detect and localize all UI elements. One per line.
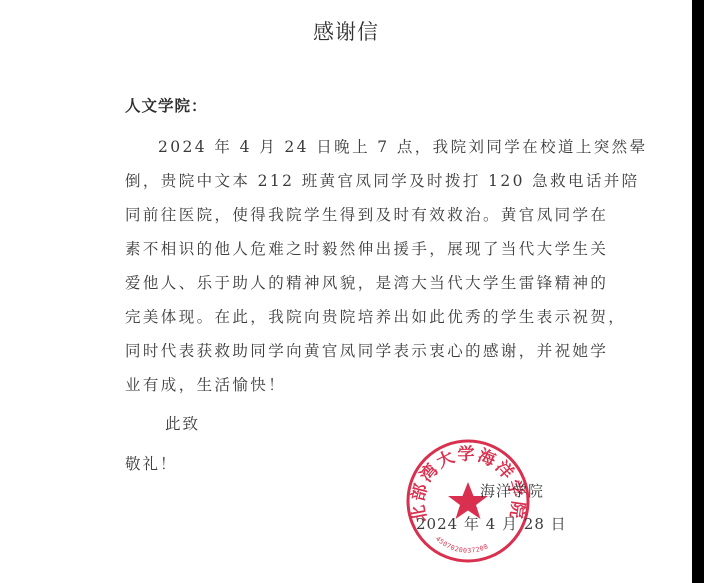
official-seal-icon: 北部湾大学海洋学院 4507020037208 (405, 438, 531, 564)
body-line-7: 同时代表获救助同学向黄官凤同学表示衷心的感谢，并祝她学 (125, 339, 608, 361)
body-line-4: 素不相识的他人危难之时毅然伸出援手，展现了当代大学生关 (125, 237, 608, 259)
letter-page: 感谢信 人文学院： 2024 年 4 月 24 日晚上 7 点，我院刘同学在校道… (0, 0, 692, 583)
edge-bar (692, 0, 704, 583)
closing-jingli: 敬礼！ (125, 452, 178, 474)
salutation: 人文学院： (125, 94, 208, 116)
sign-date: 2024 年 4 月 28 日 (416, 513, 567, 534)
body-line-5: 爱他人、乐于助人的精神风貌，是湾大当代大学生雷锋精神的 (125, 271, 608, 293)
body-line-2: 倒，贵院中文本 212 班黄官凤同学及时拨打 120 急救电话并陪 (125, 169, 640, 191)
svg-text:4507020037208: 4507020037208 (434, 535, 490, 555)
body-line-1: 2024 年 4 月 24 日晚上 7 点，我院刘同学在校道上突然晕 (158, 135, 647, 157)
closing-cizhi: 此致 (165, 412, 200, 434)
body-line-3: 同前往医院，使得我院学生得到及时有效救治。黄官凤同学在 (125, 203, 608, 225)
body-line-6: 完美体现。在此，我院向贵院培养出如此优秀的学生表示祝贺， (125, 305, 626, 327)
signer-name: 海洋学院 (480, 480, 544, 501)
letter-title: 感谢信 (0, 16, 692, 46)
body-line-8: 业有成，生活愉快！ (125, 373, 286, 395)
